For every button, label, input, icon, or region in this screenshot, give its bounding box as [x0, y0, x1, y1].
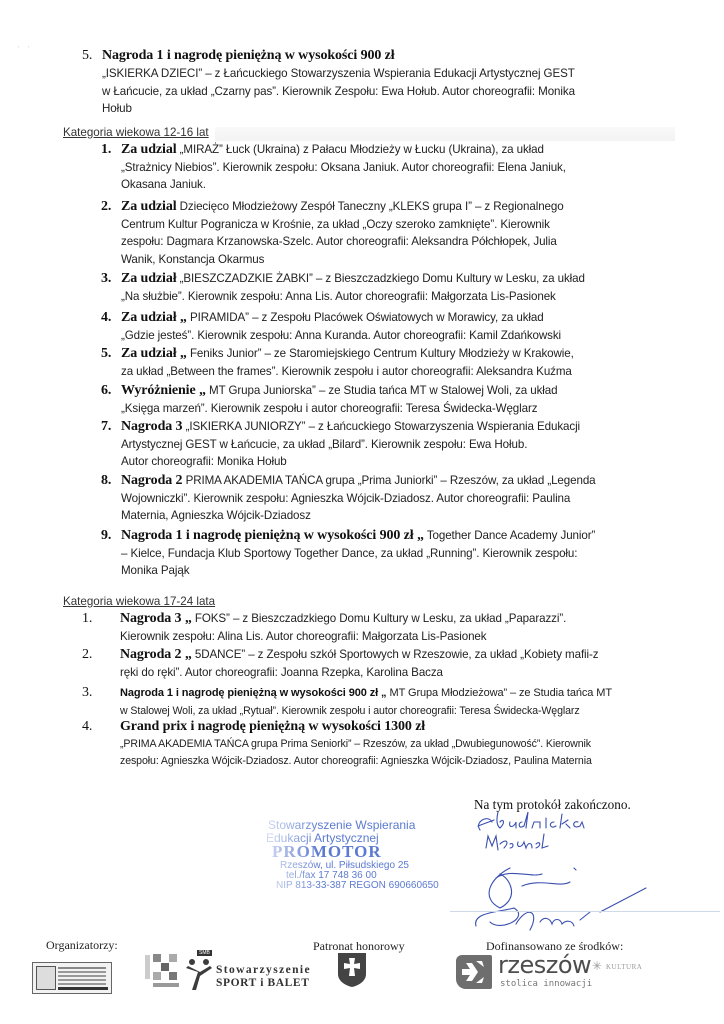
- award-entry: 7.Nagroda 3 „ISKIERKA JUNIORZY” – z Łańc…: [101, 418, 701, 471]
- award-entry: 9.Nagroda 1 i nagrodę pieniężną w wysoko…: [101, 527, 701, 580]
- entry-first-line: Za udział „ PIRAMIDA” – z Zespołu Placów…: [121, 309, 701, 327]
- logo-square: [169, 954, 177, 962]
- entry-number: 5.: [101, 345, 111, 363]
- award-entry: 1.Za udzial „MIRAŻ” Łuck (Ukraina) z Pał…: [101, 141, 701, 194]
- sport-i-balet-logo: SMB Stowarzyszenie SPORT i BALET: [184, 952, 294, 992]
- logo-square: [153, 954, 161, 962]
- entry-line: PIRAMIDA” – z Zespołu Placówek Oświatowy…: [190, 311, 544, 324]
- rzeszow-logo: rzeszów stolica innowacji ✳ KULTURA: [456, 953, 656, 993]
- award-entry: 1.Nagroda 3 „ FOKS” – z Bieszczadzkiego …: [82, 610, 702, 645]
- rzeszow-word: rzeszów: [498, 951, 591, 979]
- entry-lead: Za udział „: [121, 346, 187, 361]
- entry-line: Wojowniczki”. Kierownik zespołu: Agniesz…: [121, 490, 701, 508]
- logo-text: Stowarzyszenie: [216, 964, 311, 976]
- entry-line: „ISKIERKA DZIECI” – z Łańcuckiego Stowar…: [102, 65, 702, 83]
- entry-line: Autor choreografii: Monika Hołub: [121, 453, 701, 471]
- entry-lead: Za udział: [121, 271, 177, 286]
- entry-number: 1.: [101, 141, 111, 159]
- rzeszow-tagline: stolica innowacji: [500, 979, 592, 989]
- signatures: [470, 808, 670, 938]
- entry-first-line: Za udzial Dziecięco Młodzieżowy Zespół T…: [121, 198, 701, 216]
- entry-line: Maternia, Agnieszka Wójcik-Dziadosz: [121, 507, 701, 525]
- entry-first-line: Nagroda 1 i nagrodę pieniężną w wysokośc…: [121, 527, 701, 545]
- entry-line: Centrum Kultur Pogranicza w Krośnie, za …: [121, 216, 701, 234]
- category-heading-12-16: Kategoria wiekowa 12-16 lat: [63, 126, 209, 139]
- entry-line: ręki do ręki”. Autor choreografii: Joann…: [120, 664, 702, 682]
- entry-first-line: Nagroda 3 „ FOKS” – z Bieszczadzkiego Do…: [120, 610, 702, 628]
- logo-bar: [145, 955, 150, 979]
- logo-bar: [58, 987, 108, 990]
- entry-number: 4.: [101, 309, 111, 327]
- entry-lead: Nagroda 2: [121, 473, 182, 488]
- entry-line: za układ „Between the frames”. Kierownik…: [121, 363, 701, 381]
- entry-line: „BIESZCZADZKIE ŻABKI” – z Bieszczadzkieg…: [180, 272, 585, 285]
- entry-line: 5DANCE” – z Zespołu szkół Sportowych w R…: [195, 648, 599, 661]
- entry-lead: Za udzial: [121, 142, 177, 157]
- award-entry: 6.Wyróżnienie „ MT Grupa Juniorska” – ze…: [101, 382, 701, 417]
- entry-first-line: Wyróżnienie „ MT Grupa Juniorska” – ze S…: [121, 382, 701, 400]
- organizer-logo-2: [143, 953, 179, 990]
- award-entry: 4.Za udział „ PIRAMIDA” – z Zespołu Plac…: [101, 309, 701, 344]
- entry-number: 5.: [82, 47, 92, 65]
- entry-first-line: Nagroda 2 PRIMA AKADEMIA TAŃCA grupa „Pr…: [121, 472, 701, 490]
- entry-number: 6.: [101, 382, 111, 400]
- entry-line: Artystycznej GEST w Łańcucie, za układ „…: [121, 436, 701, 454]
- entry-line: Dziecięco Młodzieżowy Zespół Taneczny „K…: [180, 200, 564, 213]
- entry-number: 2.: [101, 198, 111, 216]
- entry-line: zespołu: Dagmara Krzanowska-Szelc. Autor…: [121, 233, 701, 251]
- entry-number: 8.: [101, 472, 111, 490]
- rzeszow-arrow-icon: [456, 955, 492, 989]
- entry-number: 1.: [82, 610, 92, 628]
- entry-lead: Wyróżnienie „: [121, 383, 206, 398]
- kultura-label: KULTURA: [606, 963, 642, 971]
- signature-divider: [450, 911, 720, 912]
- spark-icon: ✳: [592, 959, 602, 974]
- category-heading-17-24: Kategoria wiekowa 17-24 lata: [63, 595, 215, 608]
- entry-line: zespołu: Agnieszka Wójcik-Dziadosz. Auto…: [120, 753, 702, 771]
- entry-line: Hołub: [102, 100, 702, 118]
- dancers-icon: [184, 954, 214, 994]
- entry-first-line: Nagroda 2 „ 5DANCE” – z Zespołu szkół Sp…: [120, 646, 702, 664]
- entry-first-line: Nagroda 1 i nagrodę pieniężną w wysokośc…: [120, 684, 702, 703]
- crest-icon: [36, 966, 56, 990]
- entry-line: Okasana Janiuk.: [121, 176, 701, 194]
- entry-line: Feniks Junior” – ze Staromiejskiego Cent…: [190, 347, 574, 360]
- entry-lead: Za udzial: [121, 199, 177, 214]
- award-entry: 3.Nagroda 1 i nagrodę pieniężną w wysoko…: [82, 684, 702, 720]
- entry-line: „MIRAŻ” Łuck (Ukraina) z Pałacu Młodzież…: [180, 143, 544, 156]
- entry-line: MT Grupa Młodzieżowa” – ze Studia tańca …: [390, 687, 612, 699]
- entry-line: FOKS” – z Bieszczadzkiego Domu Kultury w…: [195, 612, 566, 625]
- entry-first-line: Za udział „BIESZCZADZKIE ŻABKI” – z Bies…: [121, 270, 701, 288]
- entry-line: Together Dance Academy Junior”: [427, 529, 595, 542]
- entry-number: 4.: [82, 718, 92, 736]
- entry-first-line: Nagroda 3 „ISKIERKA JUNIORZY” – z Łańcuc…: [121, 418, 701, 436]
- entry-number: 3.: [82, 684, 92, 702]
- logo-text-lines: [58, 967, 106, 969]
- entry-lead: Nagroda 1 i nagrodę pieniężną w wysokośc…: [102, 47, 702, 65]
- entry-number: 3.: [101, 270, 111, 288]
- logo-text: SPORT i BALET: [216, 977, 309, 989]
- entry-line: „Strażnicy Niebios”. Kierownik zespołu: …: [121, 159, 701, 177]
- award-entry: 4.Grand prix i nagrodę pieniężną w wysok…: [82, 718, 702, 771]
- award-entry: 8.Nagroda 2 PRIMA AKADEMIA TAŃCA grupa „…: [101, 472, 701, 525]
- entry-line: PRIMA AKADEMIA TAŃCA grupa „Prima Junior…: [186, 474, 596, 487]
- award-entry: 2.Za udzial Dziecięco Młodzieżowy Zespół…: [101, 198, 701, 268]
- award-entry: 5.Za udział „ Feniks Junior” – ze Starom…: [101, 345, 701, 380]
- entry-lead: Nagroda 1 i nagrodę pieniężną w wysokośc…: [120, 687, 386, 699]
- entry-line: „Księga marzeń”. Kierownik zespołu i aut…: [121, 400, 701, 418]
- entry-number: 9.: [101, 527, 111, 545]
- entry-line: w Łańcucie, za układ „Czarny pas”. Kiero…: [102, 83, 702, 101]
- scan-specks: , ,: [18, 43, 30, 49]
- entry-lead: Nagroda 3 „: [120, 611, 192, 626]
- entry-line: MT Grupa Juniorska” – ze Studia tańca MT…: [209, 384, 557, 397]
- entry-first-line: Za udzial „MIRAŻ” Łuck (Ukraina) z Pałac…: [121, 141, 701, 159]
- rzeszow-coat-of-arms-icon: [337, 952, 367, 988]
- entry-lead: Nagroda 1 i nagrodę pieniężną w wysokośc…: [121, 528, 424, 543]
- stamp-fade: [250, 818, 320, 898]
- entry-line: Wanik, Konstancja Okarmus: [121, 251, 701, 269]
- logo-bar: [153, 983, 179, 987]
- organizers-label: Organizatorzy:: [46, 938, 118, 953]
- entry-line: Kierownik zespołu: Alina Lis. Autor chor…: [120, 628, 702, 646]
- award-entry: 2.Nagroda 2 „ 5DANCE” – z Zespołu szkół …: [82, 646, 702, 681]
- entry-line: „Gdzie jesteś”. Kierownik zespołu: Anna …: [121, 327, 701, 345]
- entry-lead: Grand prix i nagrodę pieniężną w wysokoś…: [120, 718, 702, 736]
- organizer-logo-1: [32, 962, 112, 994]
- entry-line: „ISKIERKA JUNIORZY” – z Łańcuckiego Stow…: [186, 420, 580, 433]
- entry-lead: Nagroda 2 „: [120, 647, 192, 662]
- award-entry: 3.Za udział „BIESZCZADZKIE ŻABKI” – z Bi…: [101, 270, 701, 305]
- award-entry: 5. Nagroda 1 i nagrodę pieniężną w wysok…: [82, 47, 702, 118]
- entry-first-line: Za udział „ Feniks Junior” – ze Staromie…: [121, 345, 701, 363]
- logo-square: [153, 972, 161, 980]
- entry-lead: Nagroda 3: [121, 419, 182, 434]
- entry-line: – Kielce, Fundacja Klub Sportowy Togethe…: [121, 545, 701, 563]
- scan-shading: [215, 127, 675, 141]
- logo-square: [161, 963, 169, 971]
- entry-line: „Na służbie”. Kierownik zespołu: Anna Li…: [121, 288, 701, 306]
- entry-number: 7.: [101, 418, 111, 436]
- entry-line: „PRIMA AKADEMIA TAŃCA grupa Prima Senior…: [120, 736, 702, 754]
- entry-line: Monika Pająk: [121, 562, 701, 580]
- logo-square: [169, 972, 177, 980]
- entry-lead: Za udział „: [121, 310, 187, 325]
- entry-number: 2.: [82, 646, 92, 664]
